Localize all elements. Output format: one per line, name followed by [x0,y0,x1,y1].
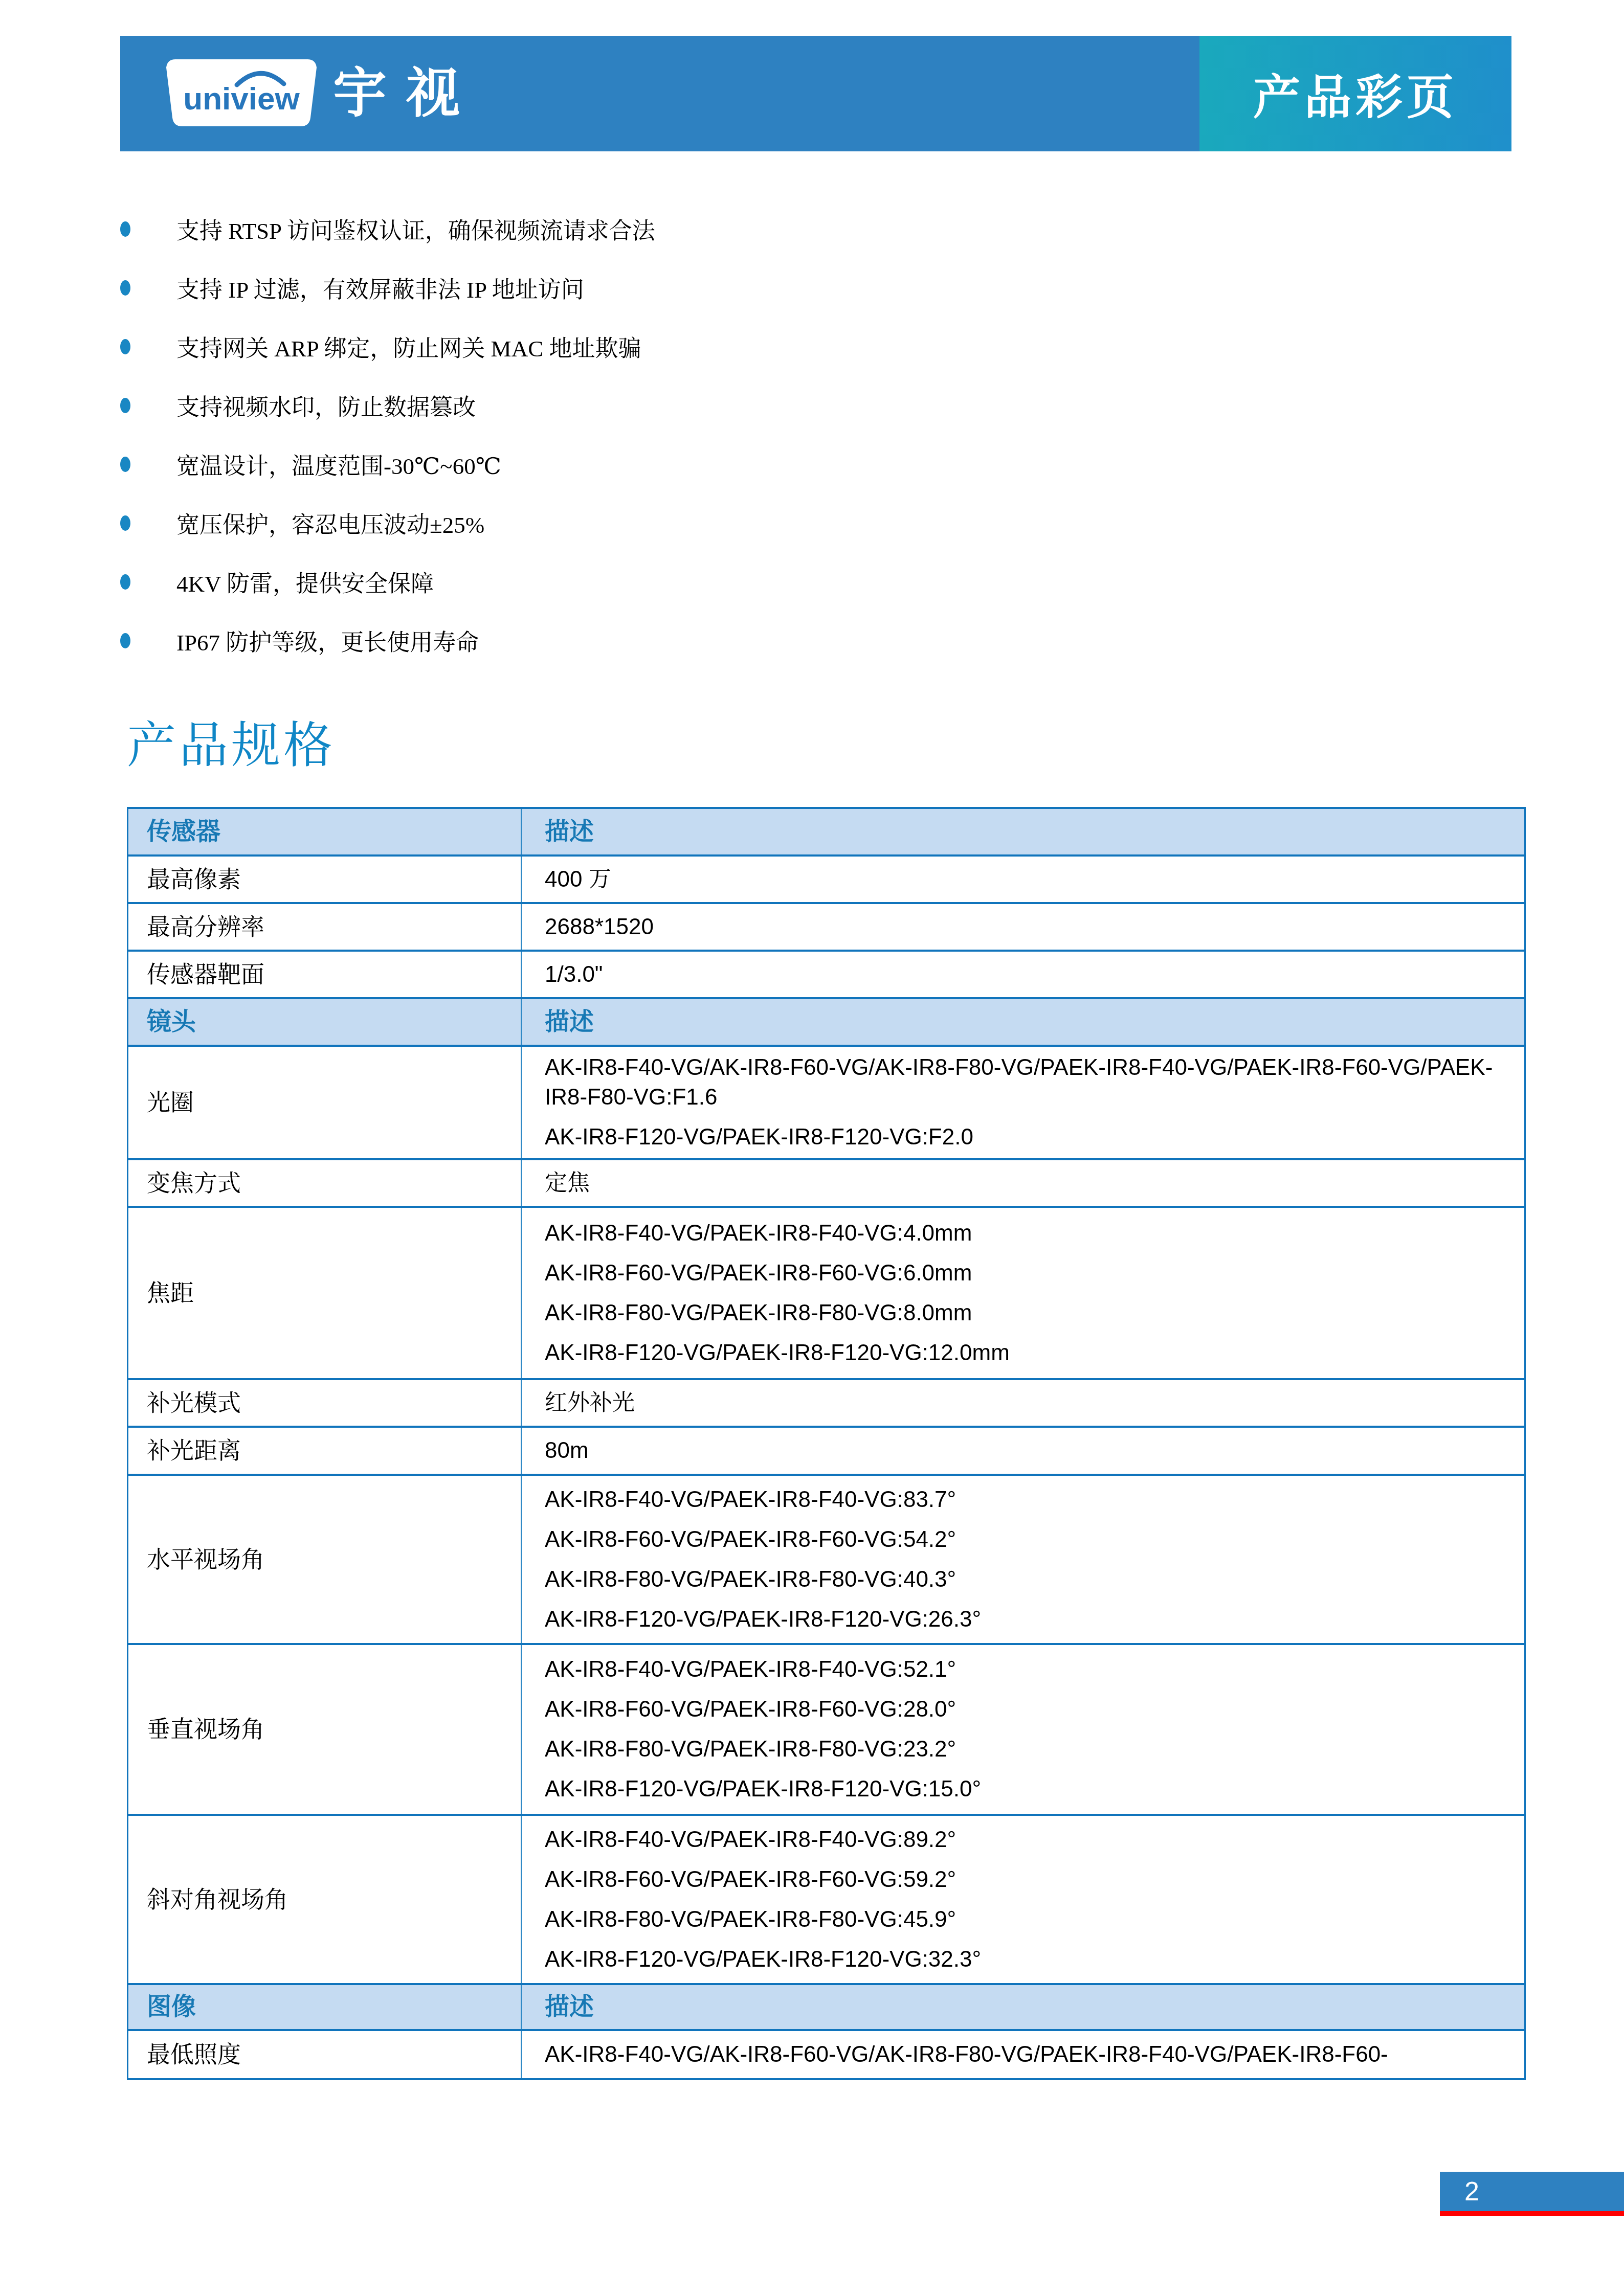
spec-label-cell: 焦距 [128,1208,522,1378]
spec-data-row: 最低照度AK-IR8-F40-VG/AK-IR8-F60-VG/AK-IR8-F… [128,2031,1524,2078]
spec-label-cell: 最高像素 [128,857,522,902]
spec-value-cell: AK-IR8-F40-VG/PAEK-IR8-F40-VG:89.2°AK-IR… [522,1816,1524,1983]
feature-text: 宽温设计，温度范围-30℃~60℃ [176,447,501,481]
bullet-dot-icon [120,574,130,590]
spec-value-cell: 1/3.0" [522,952,1524,997]
spec-value: AK-IR8-F60-VG/PAEK-IR8-F60-VG:59.2° [545,1865,1504,1895]
spec-value: AK-IR8-F60-VG/PAEK-IR8-F60-VG:6.0mm [545,1258,1504,1288]
spec-label-cell: 光圈 [128,1047,522,1158]
spec-value-cell: 描述 [522,809,1524,854]
uniview-logo-icon: uniview [159,56,324,130]
spec-label: 最低照度 [147,2042,521,2067]
spec-data-row: 垂直视场角AK-IR8-F40-VG/PAEK-IR8-F40-VG:52.1°… [128,1645,1524,1816]
spec-label: 传感器靶面 [147,962,521,987]
spec-label: 图像 [147,1994,521,2020]
spec-label-cell: 传感器靶面 [128,952,522,997]
spec-data-row: 焦距AK-IR8-F40-VG/PAEK-IR8-F40-VG:4.0mmAK-… [128,1208,1524,1380]
spec-data-row: 光圈AK-IR8-F40-VG/AK-IR8-F60-VG/AK-IR8-F80… [128,1047,1524,1160]
spec-label-cell: 图像 [128,1985,522,2029]
feature-item: 支持 RTSP 访问鉴权认证，确保视频流请求合法 [120,199,1450,258]
spec-label-cell: 水平视场角 [128,1476,522,1643]
spec-value: AK-IR8-F120-VG/PAEK-IR8-F120-VG:32.3° [545,1945,1504,1974]
bullet-dot-icon [120,221,130,237]
spec-value-cell: AK-IR8-F40-VG/AK-IR8-F60-VG/AK-IR8-F80-V… [522,1047,1524,1158]
spec-value: 红外补光 [545,1390,1504,1416]
spec-value-cell: 2688*1520 [522,904,1524,950]
bullet-dot-icon [120,515,130,531]
spec-label-cell: 垂直视场角 [128,1645,522,1814]
spec-value-cell: 描述 [522,1985,1524,2029]
spec-label-cell: 镜头 [128,999,522,1045]
page-tag-banner: 产品彩页 [1199,36,1511,151]
feature-item: 4KV 防雷，提供安全保障 [120,552,1450,611]
page-tag-label: 产品彩页 [1253,60,1458,127]
spec-section-header-row: 图像描述 [128,1985,1524,2031]
spec-label: 垂直视场角 [147,1715,521,1744]
spec-data-row: 传感器靶面1/3.0" [128,952,1524,999]
feature-text: 4KV 防雷，提供安全保障 [176,565,434,598]
spec-data-row: 斜对角视场角AK-IR8-F40-VG/PAEK-IR8-F40-VG:89.2… [128,1816,1524,1985]
feature-item: 支持 IP 过滤，有效屏蔽非法 IP 地址访问 [120,258,1450,317]
spec-value: AK-IR8-F120-VG/PAEK-IR8-F120-VG:15.0° [545,1774,1504,1804]
spec-value: 描述 [545,1009,1504,1035]
feature-item: 支持视频水印，防止数据篡改 [120,376,1450,435]
bullet-dot-icon [120,280,130,296]
spec-value: 2688*1520 [545,914,1504,940]
spec-value-cell: AK-IR8-F40-VG/PAEK-IR8-F40-VG:4.0mmAK-IR… [522,1208,1524,1378]
spec-value-cell: 80m [522,1428,1524,1474]
spec-label-cell: 变焦方式 [128,1160,522,1206]
spec-value: AK-IR8-F40-VG/AK-IR8-F60-VG/AK-IR8-F80-V… [545,2042,1504,2067]
spec-label: 最高分辨率 [147,914,521,940]
spec-value: AK-IR8-F40-VG/PAEK-IR8-F40-VG:83.7° [545,1485,1504,1515]
feature-text: 支持网关 ARP 绑定，防止网关 MAC 地址欺骗 [176,330,641,363]
spec-label: 变焦方式 [147,1170,521,1196]
spec-label: 斜对角视场角 [147,1885,521,1915]
feature-list: 支持 RTSP 访问鉴权认证，确保视频流请求合法支持 IP 过滤，有效屏蔽非法 … [120,199,1450,670]
feature-item: 支持网关 ARP 绑定，防止网关 MAC 地址欺骗 [120,317,1450,376]
spec-label-cell: 最高分辨率 [128,904,522,950]
spec-value: AK-IR8-F60-VG/PAEK-IR8-F60-VG:28.0° [545,1695,1504,1724]
spec-data-row: 最高像素400 万 [128,857,1524,904]
spec-label: 水平视场角 [147,1545,521,1574]
section-title: 产品规格 [127,720,336,771]
bullet-dot-icon [120,457,130,472]
bullet-dot-icon [120,633,130,648]
spec-value: AK-IR8-F120-VG/PAEK-IR8-F120-VG:26.3° [545,1605,1504,1634]
spec-value: 描述 [545,819,1504,845]
spec-value-cell: 描述 [522,999,1524,1045]
spec-value-cell: 红外补光 [522,1380,1524,1426]
spec-value: AK-IR8-F40-VG/PAEK-IR8-F40-VG:89.2° [545,1825,1504,1855]
spec-value: 80m [545,1438,1504,1464]
feature-text: 支持 RTSP 访问鉴权认证，确保视频流请求合法 [176,212,655,245]
spec-value: AK-IR8-F80-VG/PAEK-IR8-F80-VG:23.2° [545,1735,1504,1764]
feature-text: 支持 IP 过滤，有效屏蔽非法 IP 地址访问 [176,271,584,304]
header-band: uniview 宇视 [120,36,1199,151]
spec-value: 定焦 [545,1170,1504,1196]
spec-label-cell: 补光距离 [128,1428,522,1474]
brand-name-cn: 宇视 [333,36,479,151]
spec-data-row: 变焦方式定焦 [128,1160,1524,1208]
bullet-dot-icon [120,339,130,354]
spec-value: AK-IR8-F120-VG/PAEK-IR8-F120-VG:F2.0 [545,1122,1504,1152]
spec-value-cell: 定焦 [522,1160,1524,1206]
spec-section-header-row: 镜头描述 [128,999,1524,1047]
page-number: 2 [1464,2176,1479,2207]
spec-label: 传感器 [147,819,521,845]
spec-value: AK-IR8-F40-VG/PAEK-IR8-F40-VG:4.0mm [545,1219,1504,1248]
spec-value: AK-IR8-F80-VG/PAEK-IR8-F80-VG:40.3° [545,1565,1504,1594]
spec-label: 镜头 [147,1009,521,1035]
spec-value: AK-IR8-F40-VG/PAEK-IR8-F40-VG:52.1° [545,1655,1504,1684]
spec-value: AK-IR8-F120-VG/PAEK-IR8-F120-VG:12.0mm [545,1338,1504,1368]
spec-value-cell: AK-IR8-F40-VG/PAEK-IR8-F40-VG:83.7°AK-IR… [522,1476,1524,1643]
spec-label: 补光距离 [147,1438,521,1464]
spec-data-row: 最高分辨率2688*1520 [128,904,1524,952]
spec-value: 400 万 [545,867,1504,892]
spec-label: 焦距 [147,1278,521,1308]
spec-value: AK-IR8-F80-VG/PAEK-IR8-F80-VG:8.0mm [545,1298,1504,1328]
feature-item: IP67 防护等级，更长使用寿命 [120,611,1450,670]
spec-value-cell: 400 万 [522,857,1524,902]
spec-label: 光圈 [147,1088,521,1117]
feature-text: IP67 防护等级，更长使用寿命 [176,624,479,657]
spec-value-cell: AK-IR8-F40-VG/AK-IR8-F60-VG/AK-IR8-F80-V… [522,2031,1524,2078]
spec-table: 传感器描述最高像素400 万最高分辨率2688*1520传感器靶面1/3.0"镜… [127,807,1526,2080]
bullet-dot-icon [120,398,130,413]
feature-item: 宽温设计，温度范围-30℃~60℃ [120,435,1450,493]
feature-item: 宽压保护，容忍电压波动±25% [120,493,1450,552]
spec-value: 描述 [545,1994,1504,2020]
feature-text: 宽压保护，容忍电压波动±25% [176,506,484,539]
spec-data-row: 补光距离80m [128,1428,1524,1476]
spec-value: AK-IR8-F60-VG/PAEK-IR8-F60-VG:54.2° [545,1525,1504,1555]
spec-label-cell: 斜对角视场角 [128,1816,522,1983]
footer-red-strip [1440,2211,1624,2216]
spec-label-cell: 补光模式 [128,1380,522,1426]
spec-value: AK-IR8-F80-VG/PAEK-IR8-F80-VG:45.9° [545,1905,1504,1934]
logo-wordmark: uniview [183,81,300,117]
spec-label: 补光模式 [147,1390,521,1416]
spec-label-cell: 传感器 [128,809,522,854]
spec-section-header-row: 传感器描述 [128,809,1524,857]
spec-value: 1/3.0" [545,962,1504,987]
page-number-box: 2 [1440,2172,1624,2211]
spec-value: AK-IR8-F40-VG/AK-IR8-F60-VG/AK-IR8-F80-V… [545,1053,1504,1112]
spec-label-cell: 最低照度 [128,2031,522,2078]
spec-value-cell: AK-IR8-F40-VG/PAEK-IR8-F40-VG:52.1°AK-IR… [522,1645,1524,1814]
spec-data-row: 补光模式红外补光 [128,1380,1524,1428]
spec-data-row: 水平视场角AK-IR8-F40-VG/PAEK-IR8-F40-VG:83.7°… [128,1476,1524,1645]
spec-label: 最高像素 [147,867,521,892]
feature-text: 支持视频水印，防止数据篡改 [176,389,476,422]
